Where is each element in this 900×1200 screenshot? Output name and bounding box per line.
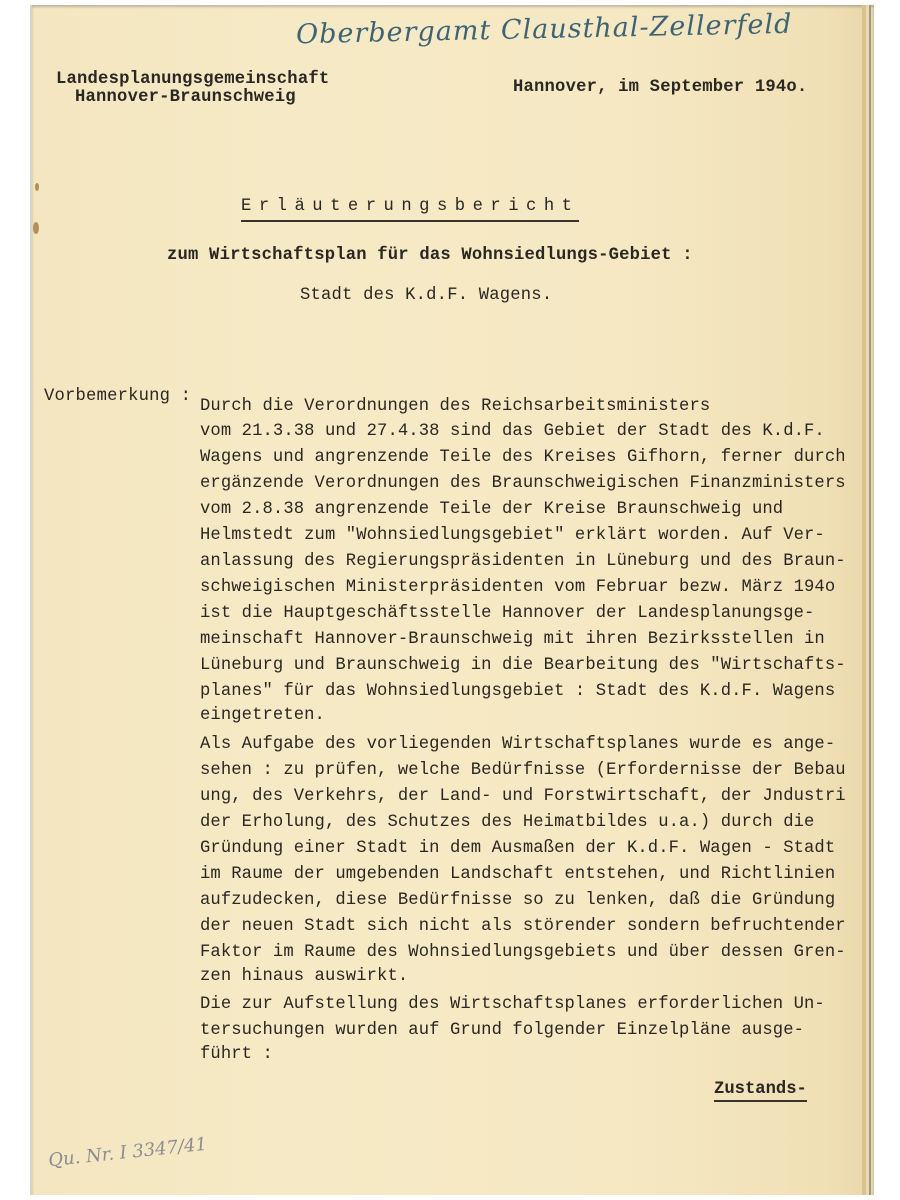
catchword: Zustands- bbox=[714, 1080, 807, 1102]
body-line: Als Aufgabe des vorliegenden Wirtschafts… bbox=[200, 735, 835, 754]
page-stack-edge bbox=[869, 5, 871, 1195]
body-line: schweigischen Ministerpräsidenten vom Fe… bbox=[200, 578, 835, 597]
body-line: aufzudecken, diese Bedürfnisse so zu len… bbox=[200, 891, 835, 910]
body-line: Faktor im Raume des Wohnsiedlungsgebiets… bbox=[200, 943, 846, 962]
body-line: Durch die Verordnungen des Reichsarbeits… bbox=[200, 397, 710, 416]
body-line: der Erholung, des Schutzes des Heimatbil… bbox=[200, 813, 814, 832]
body-line: eingetreten. bbox=[200, 706, 325, 725]
body-line: ergänzende Verordnungen des Braunschweig… bbox=[200, 474, 846, 493]
body-line: Gründung einer Stadt in dem Ausmaßen der… bbox=[200, 839, 835, 858]
body-line: der neuen Stadt sich nicht als störender… bbox=[200, 917, 846, 936]
paper-sheet bbox=[30, 5, 874, 1195]
body-line: tersuchungen wurden auf Grund folgender … bbox=[200, 1021, 804, 1040]
punch-hole-stain bbox=[33, 222, 39, 234]
document-subject: Stadt des K.d.F. Wagens. bbox=[300, 286, 552, 305]
body-line: im Raume der umgebenden Landschaft entst… bbox=[200, 865, 835, 884]
place-date: Hannover, im September 194o. bbox=[513, 78, 807, 97]
document-scan: Oberbergamt Clausthal-Zellerfeld Landesp… bbox=[0, 0, 900, 1200]
body-line: zen hinaus auswirkt. bbox=[200, 967, 408, 986]
body-line: ung, des Verkehrs, der Land- und Forstwi… bbox=[200, 787, 846, 806]
body-line: meinschaft Hannover-Braunschweig mit ihr… bbox=[200, 630, 825, 649]
section-label: Vorbemerkung : bbox=[44, 387, 191, 406]
body-line: vom 2.8.38 angrenzende Teile der Kreise … bbox=[200, 500, 783, 519]
body-line: Lüneburg und Braunschweig in die Bearbei… bbox=[200, 656, 846, 675]
letterhead-line-2: Hannover-Braunschweig bbox=[75, 88, 296, 107]
letterhead-line-1: Landesplanungsgemeinschaft bbox=[56, 70, 329, 89]
body-line: sehen : zu prüfen, welche Bedürfnisse (E… bbox=[200, 761, 846, 780]
body-line: ist die Hauptgeschäftsstelle Hannover de… bbox=[200, 604, 814, 623]
body-line: anlassung des Regierungspräsidenten in L… bbox=[200, 552, 846, 571]
document-title: Erläuterungsbericht bbox=[241, 197, 579, 222]
body-line: vom 21.3.38 und 27.4.38 sind das Gebiet … bbox=[200, 422, 825, 441]
body-line: planes" für das Wohnsiedlungsgebiet : St… bbox=[200, 682, 835, 701]
body-line: Helmstedt zum "Wohnsiedlungsgebiet" erkl… bbox=[200, 526, 825, 545]
punch-hole-stain bbox=[35, 183, 39, 191]
body-line: führt : bbox=[200, 1045, 273, 1064]
document-subtitle: zum Wirtschaftsplan für das Wohnsiedlung… bbox=[167, 246, 693, 265]
body-line: Wagens und angrenzende Teile des Kreises… bbox=[200, 448, 846, 467]
body-line: Die zur Aufstellung des Wirtschaftsplane… bbox=[200, 995, 825, 1014]
